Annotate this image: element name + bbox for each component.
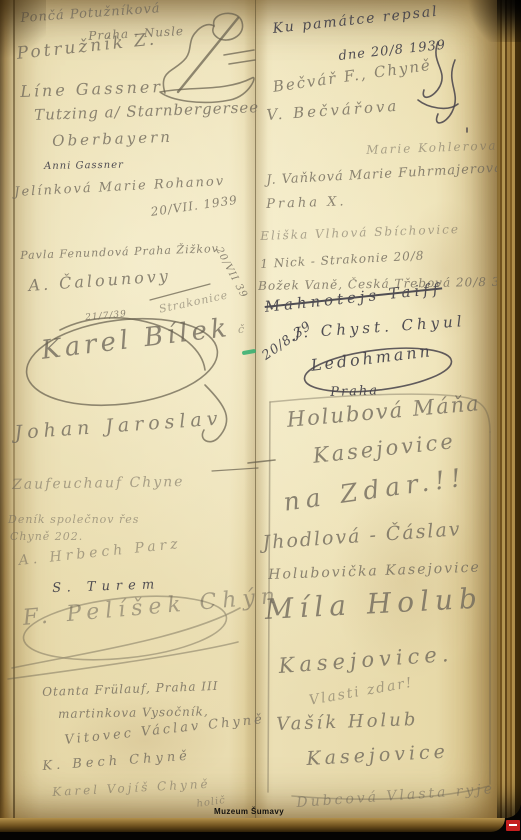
signature-entry: Zaufeuchauf Chyne: [12, 475, 185, 492]
photo-corner-shadow: [0, 0, 46, 70]
signature-entry: martinkova Vysočník,: [58, 705, 209, 720]
signature-entry: Deník společnov řes: [8, 514, 139, 525]
center-fold-shadow: [244, 0, 268, 818]
museum-stamp: Muzeum Šumavy: [214, 807, 284, 816]
signature-entry: Anni Gassner: [44, 161, 124, 172]
signature-entry: Chyně 202.: [10, 531, 83, 542]
red-marker-badge: [506, 820, 520, 831]
signature-entry: S. Turem: [52, 578, 160, 595]
signature-entry: Praha: [330, 384, 379, 399]
signature-entry: Oberbayern: [52, 130, 173, 149]
photo-corner-shadow: [451, 0, 521, 42]
book-bottom-edge: [0, 818, 505, 832]
book-fore-edge: [497, 0, 521, 818]
center-fold-line: [255, 0, 256, 818]
signature-entry: Praha X.: [266, 195, 347, 211]
left-gutter-edge: [13, 0, 15, 818]
pencil-mark: č: [238, 324, 245, 335]
signature-entry: Vašík Holub: [276, 711, 419, 734]
guestbook-scan: Pončá Potužníková Praha - Nusle Potružní…: [0, 0, 521, 840]
